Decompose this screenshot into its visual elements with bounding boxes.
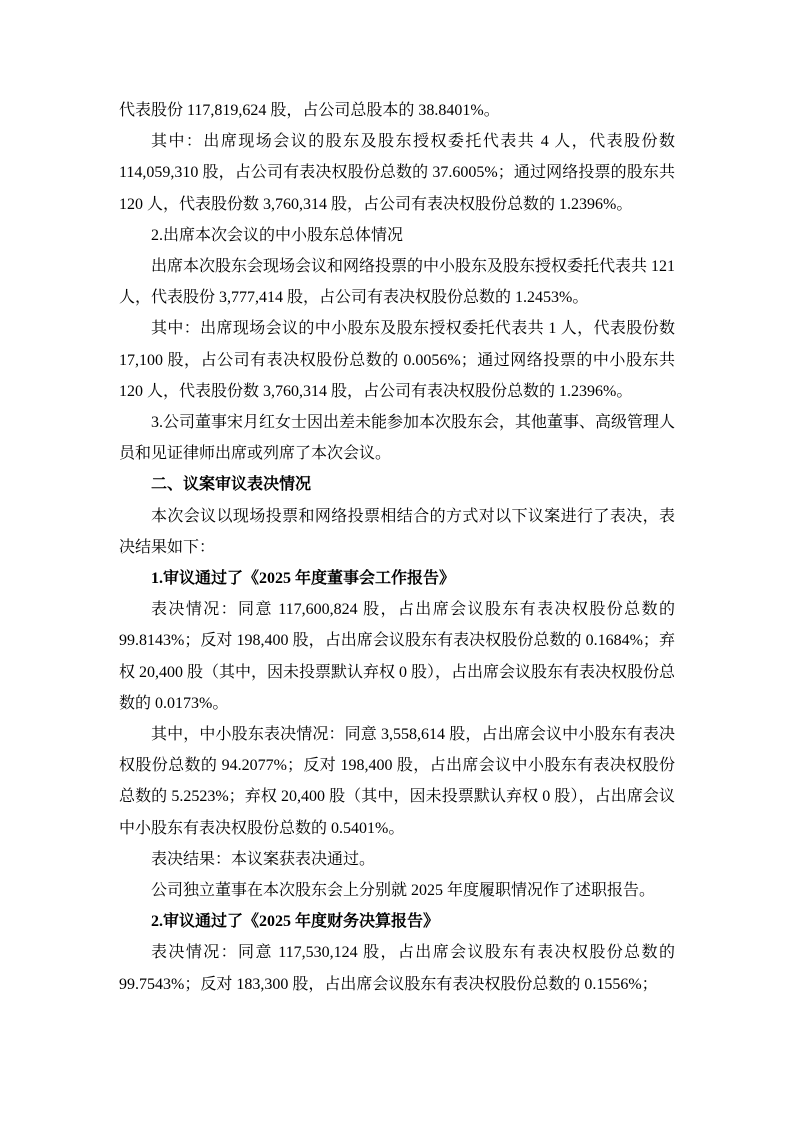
heading-paragraph: 二、议案审议表决情况 [119, 469, 675, 500]
document-content: 代表股份 117,819,624 股，占公司总股本的 38.8401%。其中：出… [119, 95, 675, 1000]
body-paragraph: 3.公司董事宋月红女士因出差未能参加本次股东会，其他董事、高级管理人员和见证律师… [119, 407, 675, 469]
body-paragraph: 其中，中小股东表决情况：同意 3,558,614 股，占出席会议中小股东有表决权… [119, 719, 675, 844]
document-page: 代表股份 117,819,624 股，占公司总股本的 38.8401%。其中：出… [0, 0, 793, 1122]
body-paragraph: 表决结果：本议案获表决通过。 [119, 844, 675, 875]
body-paragraph: 表决情况：同意 117,530,124 股，占出席会议股东有表决权股份总数的 9… [119, 937, 675, 999]
body-paragraph: 2.出席本次会议的中小股东总体情况 [119, 220, 675, 251]
heading-paragraph: 1.审议通过了《2025 年度董事会工作报告》 [119, 563, 675, 594]
body-paragraph: 代表股份 117,819,624 股，占公司总股本的 38.8401%。 [119, 95, 675, 126]
body-paragraph: 出席本次股东会现场会议和网络投票的中小股东及股东授权委托代表共 121 人，代表… [119, 251, 675, 313]
body-paragraph: 表决情况：同意 117,600,824 股，占出席会议股东有表决权股份总数的 9… [119, 594, 675, 719]
body-paragraph: 其中：出席现场会议的中小股东及股东授权委托代表共 1 人，代表股份数 17,10… [119, 313, 675, 407]
body-paragraph: 本次会议以现场投票和网络投票相结合的方式对以下议案进行了表决，表决结果如下： [119, 501, 675, 563]
heading-paragraph: 2.审议通过了《2025 年度财务决算报告》 [119, 906, 675, 937]
body-paragraph: 公司独立董事在本次股东会上分别就 2025 年度履职情况作了述职报告。 [119, 875, 675, 906]
body-paragraph: 其中：出席现场会议的股东及股东授权委托代表共 4 人，代表股份数 114,059… [119, 126, 675, 220]
